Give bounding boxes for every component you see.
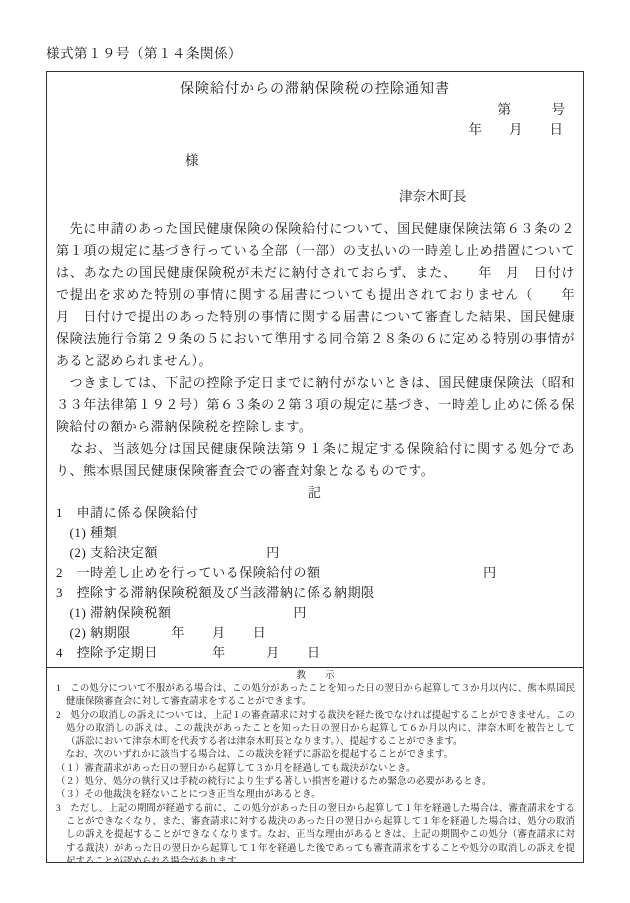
record-line: 1 申請に係る保険給付	[56, 503, 575, 523]
body-paragraph: 先に申請のあった国民健康保険の保険給付について、国民健康保険法第６３条の２第１項…	[56, 218, 575, 372]
record-line: (1) 滞納保険税額 円	[56, 603, 575, 623]
document-title: 保険給付からの滞納保険税の控除通知書	[47, 81, 583, 99]
instruction-section: 教 示 1 この処分について不服がある場合は、この処分があったことを知った日の翌…	[47, 667, 583, 863]
instruction-item: なお、次のいずれかに該当する場合は、この裁決を経ずに訴訟を提起することができます…	[56, 749, 575, 762]
record-line: 2 一時差し止めを行っている保険給付の額 円	[56, 563, 575, 583]
record-line: (1) 種類	[56, 523, 575, 543]
record-heading: 記	[47, 482, 583, 503]
instruction-item: （１）審査請求があった日の翌日から起算して３か月を経過しても裁決がないとき。	[56, 763, 575, 776]
sender-line: 津奈木町長	[47, 187, 583, 206]
record-list: 1 申請に係る保険給付 (1) 種類 (2) 支給決定額 円 2 一時差し止めを…	[47, 503, 583, 663]
record-line: 4 控除予定期日 年 月 日	[56, 643, 575, 663]
record-line: (2) 支給決定額 円	[56, 543, 575, 563]
instruction-heading: 教 示	[56, 670, 575, 683]
document-number-line: 第 号	[47, 101, 583, 119]
body-paragraphs: 先に申請のあった国民健康保険の保険給付について、国民健康保険法第６３条の２第１項…	[47, 218, 583, 482]
body-paragraph: つきましては、下記の控除予定日までに納付がないときは、国民健康保険法（昭和３３年…	[56, 372, 575, 438]
body-paragraph: なお、当該処分は国民健康保険法第９１条に規定する保険給付に関する処分であり、熊本…	[56, 438, 575, 482]
notice-frame: 保険給付からの滞納保険税の控除通知書 第 号 年 月 日 様 津奈木町長 先に申…	[46, 71, 584, 863]
record-line: 3 控除する滞納保険税額及び当該滞納に係る納期限	[56, 583, 575, 603]
instruction-list: 1 この処分について不服がある場合は、この処分があったことを知った日の翌日から起…	[56, 683, 575, 863]
instruction-item: 1 この処分について不服がある場合は、この処分があったことを知った日の翌日から起…	[56, 683, 575, 710]
addressee-line: 様	[47, 151, 583, 170]
instruction-item: 2 処分の取消しの訴えについては、上記１の審査請求に対する裁決を経た後でなければ…	[56, 710, 575, 750]
instruction-item: 3 ただし、上記の期間が経過する前に、この処分があった日の翌日から起算して１年を…	[56, 803, 575, 863]
record-line: (2) 納期限 年 月 日	[56, 623, 575, 643]
instruction-item: （３）その他裁決を経ないことにつき正当な理由があるとき。	[56, 789, 575, 802]
form-number-label: 様式第１９号（第１４条関係）	[46, 42, 242, 62]
instruction-item: （２）処分、処分の執行又は手続の続行により生ずる著しい損害を避けるため緊急の必要…	[56, 776, 575, 789]
document-page: 様式第１９号（第１４条関係） 保険給付からの滞納保険税の控除通知書 第 号 年 …	[0, 0, 630, 903]
document-date-line: 年 月 日	[47, 121, 583, 139]
